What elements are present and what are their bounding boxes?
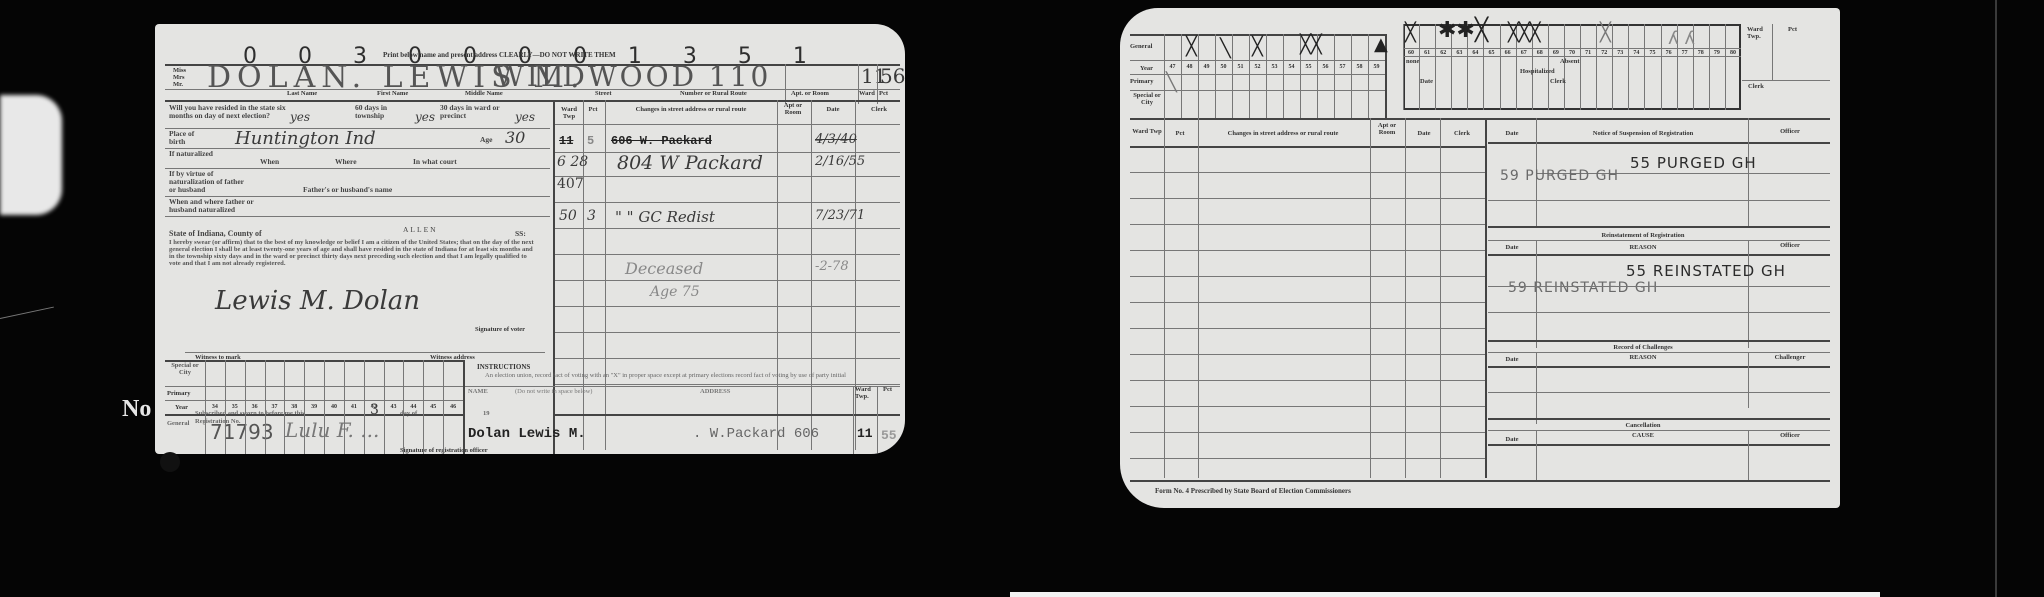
change-row-1-ward: 6 28 bbox=[557, 154, 588, 170]
year-cell: 79 bbox=[1709, 50, 1725, 56]
change-row-3-address: " " GC Redist bbox=[615, 208, 715, 226]
change-row-6-address: Age 75 bbox=[650, 284, 700, 300]
year-cell: 51 bbox=[1232, 64, 1249, 70]
place-of-birth-label: Place of birth bbox=[169, 130, 209, 146]
court-label: In what court bbox=[413, 158, 457, 166]
year-cell: 69 bbox=[1548, 50, 1564, 56]
typed-voter-address: . W.Packard 606 bbox=[693, 426, 819, 442]
year-cell: 45 bbox=[423, 404, 443, 410]
year-cell: 34 bbox=[205, 404, 225, 410]
father-name-label: Father's or husband's name bbox=[303, 186, 392, 194]
year-cell: 35 bbox=[225, 404, 245, 410]
year-cell: 72 bbox=[1596, 50, 1612, 56]
challenges-title: Record of Challenges bbox=[1538, 344, 1748, 351]
year-cell: 68 bbox=[1532, 50, 1548, 56]
year-cell: 37 bbox=[265, 404, 285, 410]
year-cell: 55 bbox=[1300, 64, 1317, 70]
year-cell: 39 bbox=[304, 404, 324, 410]
naturalized-label: If naturalized bbox=[169, 150, 219, 158]
voter-signature: Lewis M. Dolan bbox=[215, 286, 420, 316]
general-row-label: General bbox=[1130, 43, 1152, 50]
back-clerk-label: Clerk bbox=[1748, 83, 1764, 90]
back-pct-label: Pct bbox=[1788, 26, 1797, 33]
year-cell: 47 bbox=[1164, 64, 1181, 70]
resided-answer: yes bbox=[290, 110, 310, 124]
scan-scratch bbox=[0, 307, 54, 319]
year-cell: 44 bbox=[403, 404, 423, 410]
title-prefixes: Miss Mrs Mr. bbox=[173, 67, 186, 88]
year-cell: 53 bbox=[1266, 64, 1283, 70]
vote-mark: ╳ bbox=[1186, 38, 1197, 56]
year-cell: 65 bbox=[1483, 50, 1499, 56]
ward-question: 30 days in ward or precinct bbox=[440, 104, 510, 120]
by-virtue-label: If by virtue of naturalization of father… bbox=[169, 170, 249, 194]
change-row-3-ward: 50 bbox=[559, 208, 577, 224]
punch-hole bbox=[160, 452, 180, 472]
ward-answer: yes bbox=[515, 110, 535, 124]
change-row-0-address: 606 W. Packard bbox=[611, 134, 712, 148]
year-cell: 73 bbox=[1612, 50, 1628, 56]
vote-mark: ╳ bbox=[1405, 24, 1416, 42]
suspension-entry-1955: 55 PURGED GH bbox=[1630, 154, 1757, 172]
age-label: Age bbox=[480, 136, 493, 144]
year-cell: 42 bbox=[364, 404, 384, 410]
date-inner-label: Date bbox=[1420, 78, 1433, 85]
vote-mark: ╳╳ bbox=[1300, 36, 1322, 54]
signature-label: Signature of voter bbox=[475, 326, 525, 333]
change-row-5-address: Deceased bbox=[625, 259, 703, 278]
number-mark: No bbox=[122, 396, 151, 423]
year-cell: 62 bbox=[1435, 50, 1451, 56]
when-where-father-label: When and where father or husband natural… bbox=[169, 198, 269, 214]
change-row-0-ward: 11 bbox=[559, 134, 573, 148]
suspension-entry-1959: 59 PURGED GH bbox=[1500, 168, 1619, 184]
reinstatement-title: Reinstatement of Registration bbox=[1538, 232, 1748, 239]
place-of-birth-answer: Huntington Ind bbox=[235, 128, 376, 149]
township-question: 60 days in township bbox=[355, 104, 415, 120]
resided-question: Will you have resided in the state six m… bbox=[169, 104, 294, 120]
change-row-0-date: 4/3/40 bbox=[815, 132, 857, 147]
cancellation-title: Cancellation bbox=[1538, 422, 1748, 429]
year-cell: 63 bbox=[1451, 50, 1467, 56]
when-label: When bbox=[260, 158, 279, 166]
change-row-3-pct: 3 bbox=[587, 208, 596, 224]
reinstatement-entry-1955: 55 REINSTATED GH bbox=[1626, 262, 1786, 280]
year-cell: 70 bbox=[1564, 50, 1580, 56]
none-label: none bbox=[1406, 58, 1419, 65]
ward-twp-label: Ward Twp. bbox=[1747, 26, 1771, 40]
do-not-write-label: (Do not write in space below) bbox=[515, 388, 592, 395]
last-name-label: Last Name bbox=[287, 90, 317, 97]
year-cell: 36 bbox=[245, 404, 265, 410]
first-name-label: First Name bbox=[377, 90, 408, 97]
year-cell: 40 bbox=[324, 404, 344, 410]
number-label: Number or Rural Route bbox=[680, 90, 747, 97]
year-cell: 46 bbox=[443, 404, 463, 410]
pct-label: Pct bbox=[879, 90, 888, 97]
year-cell: 74 bbox=[1628, 50, 1644, 56]
ss-label: SS: bbox=[515, 230, 526, 238]
absent-label: Absent bbox=[1560, 58, 1580, 65]
voter-registration-card-back: General Year Primary Special or City 474… bbox=[1120, 8, 1840, 508]
year-cell: 54 bbox=[1283, 64, 1300, 70]
typed-pct-label: Pct bbox=[883, 386, 892, 393]
change-row-0-pct: 5 bbox=[587, 134, 594, 148]
street-label: Street bbox=[595, 90, 611, 97]
instructions-text: An election union, record fact of voting… bbox=[485, 372, 890, 379]
year-cell: 49 bbox=[1198, 64, 1215, 70]
state-county-label: State of Indiana, County of bbox=[169, 230, 262, 238]
scan-artifact-blob bbox=[0, 95, 62, 215]
middle-name-label: Middle Name bbox=[465, 90, 503, 97]
change-row-1-date: 2/16/55 bbox=[815, 154, 865, 169]
year-cell: 60 bbox=[1403, 50, 1419, 56]
year-cell: 76 bbox=[1661, 50, 1677, 56]
year-cell: 52 bbox=[1249, 64, 1266, 70]
vote-mark: ╳╳╳ bbox=[1508, 24, 1541, 42]
typed-pct: 55 bbox=[881, 428, 897, 443]
reinstatement-entry-1959: 59 REINSTATED GH bbox=[1508, 280, 1658, 296]
year-cell: 64 bbox=[1467, 50, 1483, 56]
year-cell: 80 bbox=[1725, 50, 1741, 56]
year-cell: 71 bbox=[1580, 50, 1596, 56]
officer-signature: Lulu F. ... bbox=[285, 418, 379, 442]
vote-mark: ╳ bbox=[1252, 38, 1263, 56]
township-answer: yes bbox=[415, 110, 435, 124]
vote-mark: ╲ bbox=[1220, 40, 1231, 58]
year-prefix: 19 bbox=[483, 410, 490, 417]
print-instruction: Print below name and present address CLE… bbox=[383, 52, 616, 59]
change-row-2-ward: 407 bbox=[557, 176, 584, 192]
vote-mark: ╲ bbox=[1166, 74, 1177, 92]
ward-label: Ward bbox=[859, 90, 875, 97]
vote-mark: ʎ ʎ bbox=[1668, 30, 1695, 48]
primary-row-label: Primary bbox=[1130, 78, 1153, 85]
year-cell: 48 bbox=[1181, 64, 1198, 70]
year-cell: 58 bbox=[1351, 64, 1368, 70]
oath-text: I hereby swear (or affirm) that to the b… bbox=[169, 239, 539, 267]
where-label: Where bbox=[335, 158, 357, 166]
voter-registration-card-front: 0 0 3 0 0 0 0 1 3 5 1 Print below name a… bbox=[155, 24, 905, 454]
hospitalized-label: Hospitalized bbox=[1520, 68, 1555, 75]
year-cell: 77 bbox=[1677, 50, 1693, 56]
instructions-address-label: ADDRESS bbox=[700, 388, 730, 395]
vote-mark: ▲ bbox=[1374, 36, 1388, 54]
year-cell: 38 bbox=[284, 404, 304, 410]
change-row-5-date: -2-78 bbox=[815, 259, 849, 274]
scan-bottom-strip bbox=[1010, 592, 1880, 597]
year-cell: 59 bbox=[1368, 64, 1385, 70]
form-footer: Form No. 4 Prescribed by State Board of … bbox=[1155, 488, 1351, 495]
apt-label: Apt. or Room bbox=[791, 90, 829, 97]
vote-mark: ╳ bbox=[1600, 24, 1611, 42]
typed-ward: 11 bbox=[857, 426, 873, 441]
year-cell: 75 bbox=[1644, 50, 1660, 56]
change-row-3-date: 7/23/71 bbox=[815, 208, 865, 223]
year-cell: 50 bbox=[1215, 64, 1232, 70]
year-row-label: Year bbox=[1140, 65, 1153, 72]
year-cell: 67 bbox=[1516, 50, 1532, 56]
change-row-1-address: 804 W Packard bbox=[617, 152, 763, 174]
instructions-name-label: NAME bbox=[468, 388, 488, 395]
year-cell: 43 bbox=[384, 404, 404, 410]
special-row-label: Special or City bbox=[1130, 92, 1164, 106]
typed-voter-name: Dolan Lewis M. bbox=[468, 426, 586, 442]
vote-mark: ✱✱╳ bbox=[1438, 22, 1488, 40]
year-cell: 41 bbox=[344, 404, 364, 410]
instructions-title: INSTRUCTIONS bbox=[477, 364, 530, 371]
pct-handwritten: 56 bbox=[880, 64, 905, 88]
year-cell: 56 bbox=[1317, 64, 1334, 70]
year-cell: 57 bbox=[1334, 64, 1351, 70]
year-cell: 78 bbox=[1693, 50, 1709, 56]
scan-edge-line bbox=[1995, 0, 1997, 597]
age-answer: 30 bbox=[505, 128, 525, 147]
county-value: ALLEN bbox=[403, 226, 438, 234]
year-cell: 61 bbox=[1419, 50, 1435, 56]
clerk-inner-label: Clerk bbox=[1550, 78, 1566, 85]
year-cell: 66 bbox=[1500, 50, 1516, 56]
suspension-title: Notice of Suspension of Registration bbox=[1538, 130, 1748, 137]
